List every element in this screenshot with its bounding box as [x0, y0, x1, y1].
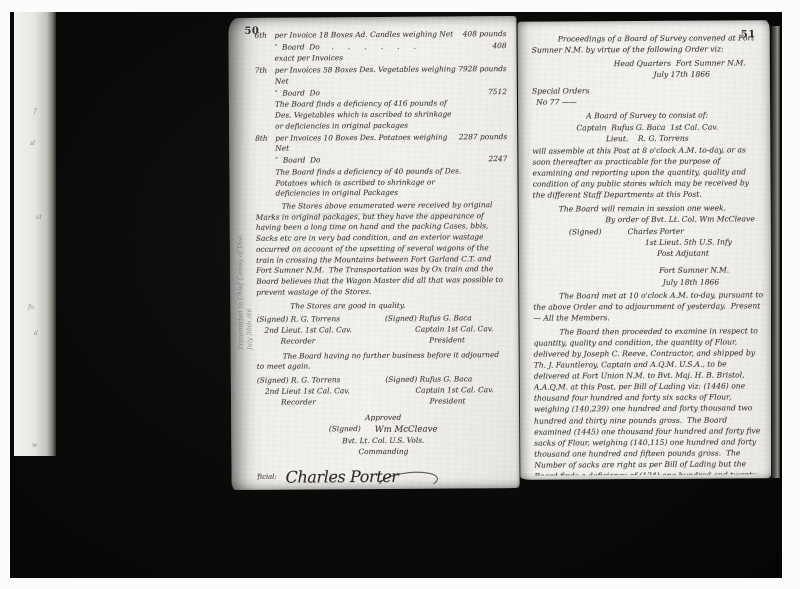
adjutant-rank: 1st Lieut. 5th U.S. Infy: [645, 237, 763, 249]
attestation-block: Official: Charles Porter 1st Lieut. 5th …: [257, 464, 509, 485]
commander-name: Wm McCleave: [375, 424, 438, 437]
signature-block-2: (Signed) R. G. Torrens 2nd Lieut 1st Cal…: [257, 374, 509, 408]
scanned-document-photo: f sl at fo. d w 50 Transmitted to Chief …: [0, 0, 800, 589]
inventory-entry: 8th per Invoices 10 Boxes Des. Potatoes …: [255, 132, 507, 155]
session-date-line: July 18th 1866: [533, 276, 763, 288]
deficiency-note: The Board finds a deficiency of 416 poun…: [255, 98, 507, 132]
signature-name: (Signed) Rufus G. Baca: [385, 374, 509, 386]
entry-text: The Board finds a deficiency of 416 poun…: [275, 99, 461, 133]
illegible-fragment: w: [32, 442, 37, 449]
entry-number: 7th: [255, 66, 275, 88]
entry-value: [461, 166, 507, 199]
president-signature: (Signed) Rufus G. Baca Captain 1st Cal. …: [385, 374, 509, 407]
by-order-line: By order of Bvt. Lt. Col. Wm McCleave: [533, 213, 763, 225]
signature-block-1: (Signed) R. G. Torrens 2nd Lieut. 1st Ca…: [256, 313, 508, 347]
entry-text: ″ Board Do: [275, 87, 461, 99]
signature-role: President: [385, 335, 509, 347]
illegible-fragment: sl: [30, 140, 35, 147]
entry-value: 2287 pounds: [459, 132, 508, 154]
inventory-entry: ″ Board Do . . . . . . 408: [255, 41, 507, 53]
right-page: 51 Proceedings of a Board of Survey conv…: [518, 20, 773, 480]
right-page-text: Proceedings of a Board of Survey convene…: [532, 32, 765, 475]
board-member-lieut: Lieut. R. G. Torrens: [532, 132, 762, 144]
special-orders-number: No 77 ——: [532, 96, 762, 108]
headquarters-line: Head Quarters Fort Sumner N.M.: [532, 57, 762, 69]
margin-note: Transmitted to Chief Comsy of Dist. July…: [235, 138, 254, 350]
illegible-fragment: f: [34, 108, 36, 115]
signed-label: (Signed): [329, 424, 361, 437]
adjutant-role: Post Adjutant: [657, 248, 763, 260]
recorder-signature: (Signed) R. G. Torrens 2nd Lieut. 1st Ca…: [256, 314, 380, 347]
adjacent-page-edge: f sl at fo. d w: [14, 12, 56, 456]
paragraph-stores-quality: The Stores are good in quality.: [290, 300, 508, 312]
illegible-fragment: at: [36, 214, 42, 221]
illegible-fragment: d: [34, 330, 38, 337]
entry-value: 7928 pounds: [458, 64, 507, 86]
illegible-fragment: fo.: [28, 304, 36, 311]
entry-text: The Board finds a deficiency of 40 pound…: [275, 166, 461, 200]
left-page-text: 6th per Invoice 18 Boxes Ad. Candles wei…: [254, 29, 509, 485]
entry-text: ″ Board Do . . . . . .: [275, 41, 461, 53]
inventory-entry: 7th per Invoices 58 Boxes Des. Vegetable…: [255, 64, 507, 87]
paragraph-stores-condition: The Stores above enumerated were receive…: [256, 200, 509, 298]
order-body: will assemble at this Post at 8 o'clock …: [532, 144, 762, 201]
signature-name: (Signed) Rufus G. Baca: [385, 313, 509, 325]
margin-note-line: July 30th /66: [244, 138, 254, 350]
entry-text: exact per Invoices: [275, 53, 461, 65]
inventory-entry: ″ Board Do 2247: [255, 154, 507, 166]
approval-block: Approved (Signed) Wm McCleave Bvt. Lt. C…: [257, 412, 509, 458]
entry-value: [461, 53, 507, 64]
entry-number: [255, 88, 275, 99]
photo-background: f sl at fo. d w 50 Transmitted to Chief …: [10, 12, 782, 578]
paragraph-adjournment: The Board having no further business bef…: [257, 350, 509, 373]
inventory-entry: 6th per Invoice 18 Boxes Ad. Candles wei…: [254, 29, 506, 41]
signature-rank: Captain 1st Cal. Cav.: [385, 324, 509, 336]
entry-value: 2247: [461, 154, 507, 165]
proceedings-heading: Proceedings of a Board of Survey convene…: [532, 32, 762, 56]
signature-rank: 2nd Lieut 1st Cal. Cav.: [257, 386, 381, 398]
entry-value: 7512: [461, 87, 507, 98]
entry-value: 408: [461, 41, 507, 52]
signature-name: (Signed) R. G. Torrens: [257, 375, 381, 387]
entry-number: 8th: [255, 133, 275, 155]
special-orders-caption: Special Orders No 77 ——: [532, 85, 762, 109]
entry-text: per Invoices 58 Boxes Des. Vegetables we…: [275, 65, 459, 88]
session-place-line: Fort Sumner N.M.: [533, 265, 763, 277]
signature-rank: 2nd Lieut. 1st Cal. Cav.: [257, 325, 381, 337]
inventory-entry: ″ Board Do 7512: [255, 87, 507, 99]
entry-text: ″ Board Do: [275, 154, 461, 166]
entry-number: [255, 100, 275, 132]
order-date-line: July 17th 1866: [532, 69, 762, 81]
entry-text: per Invoice 18 Boxes Ad. Candles weighin…: [274, 29, 460, 41]
entry-number: 6th: [254, 31, 274, 42]
entry-value: [461, 98, 507, 131]
recorder-signature: (Signed) R. G. Torrens 2nd Lieut 1st Cal…: [257, 375, 381, 408]
entry-number: [255, 167, 275, 199]
official-label: Official:: [254, 473, 276, 483]
flour-examination-paragraph: The Board then proceeded to examine in r…: [533, 325, 764, 476]
signature-role: Recorder: [257, 336, 381, 348]
signature-flourish-icon: [378, 469, 442, 484]
commander-role: Commanding: [257, 446, 509, 458]
signed-label: (Signed): [569, 227, 602, 238]
signature-name: Charles Porter: [628, 226, 684, 237]
entry-value: 408 pounds: [460, 29, 506, 40]
signature-role: President: [386, 396, 510, 408]
signature-rank: Captain 1st Cal. Cav.: [385, 385, 509, 397]
entry-number: [255, 156, 275, 167]
adjutant-signature-block: (Signed) Charles Porter 1st Lieut. 5th U…: [533, 226, 763, 261]
signature-name: (Signed) R. G. Torrens: [256, 314, 380, 326]
left-page: 50 Transmitted to Chief Comsy of Dist. J…: [228, 16, 519, 490]
board-met-paragraph: The Board met at 10 o'clock A.M. to-day,…: [533, 289, 763, 324]
signature-role: Recorder: [257, 396, 381, 408]
charles-porter-signature: Charles Porter: [285, 465, 398, 485]
deficiency-note: The Board finds a deficiency of 40 pound…: [255, 166, 507, 200]
president-signature: (Signed) Rufus G. Baca Captain 1st Cal. …: [385, 313, 509, 346]
inventory-entry: exact per Invoices: [255, 53, 507, 65]
entry-text: per Invoices 10 Boxes Des. Potatoes weig…: [275, 132, 459, 155]
book-page-stack-edge: [771, 26, 780, 478]
entry-number: [255, 54, 275, 65]
entry-number: [255, 42, 275, 53]
